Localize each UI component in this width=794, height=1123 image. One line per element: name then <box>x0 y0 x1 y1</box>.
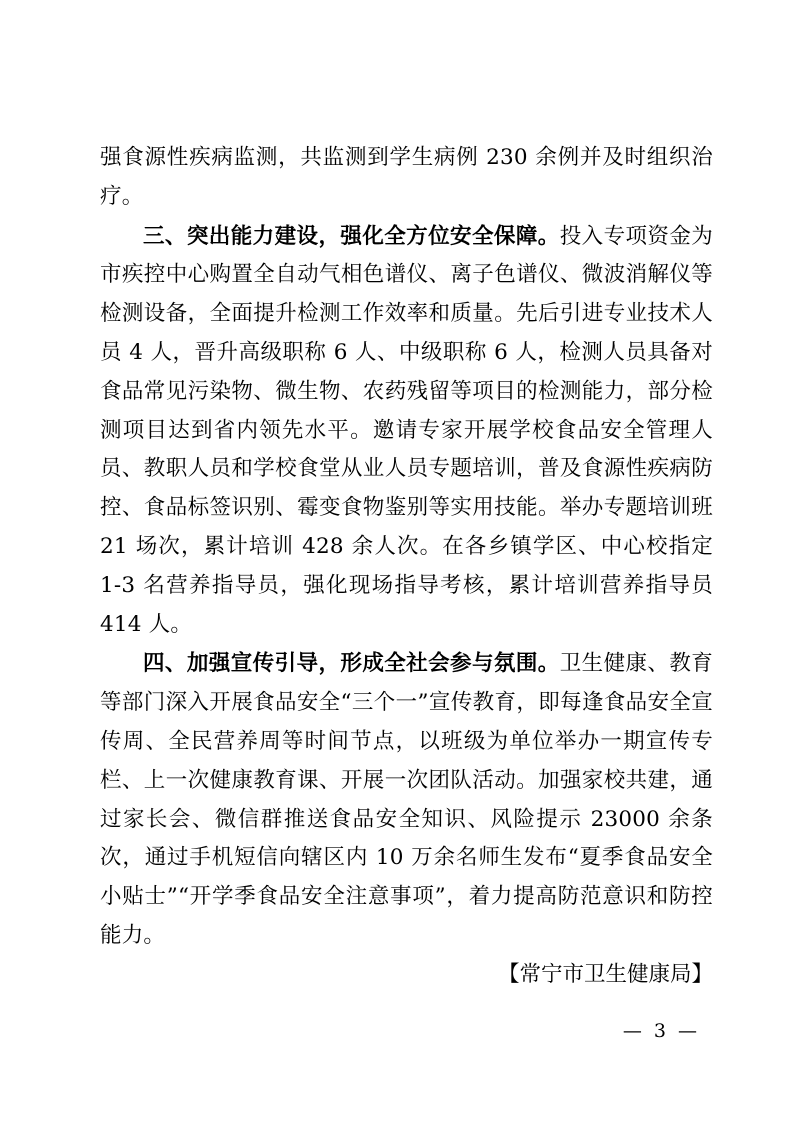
text-block: 强食源性疾病监测，共监测到学生病例 230 余例并及时组织治疗。三、突出能力建设… <box>100 139 713 995</box>
paragraph: 三、突出能力建设，强化全方位安全保障。投入专项资金为市疾控中心购置全自动气相色谱… <box>100 217 713 645</box>
attribution-line: 【常宁市卫生健康局】 <box>100 956 713 995</box>
document-page: 强食源性疾病监测，共监测到学生病例 230 余例并及时组织治疗。三、突出能力建设… <box>0 0 794 1123</box>
paragraph: 强食源性疾病监测，共监测到学生病例 230 余例并及时组织治疗。 <box>100 139 713 217</box>
text-segment: 强食源性疾病监测，共监测到学生病例 230 余例并及时组织治疗。 <box>100 145 713 209</box>
text-segment: 投入专项资金为市疾控中心购置全自动气相色谱仪、离子色谱仪、微波消解仪等检测设备，… <box>100 224 713 637</box>
section-heading: 四、加强宣传引导，形成全社会参与氛围。 <box>143 651 560 675</box>
paragraphs-container: 强食源性疾病监测，共监测到学生病例 230 余例并及时组织治疗。三、突出能力建设… <box>100 139 713 956</box>
section-heading: 三、突出能力建设，强化全方位安全保障。 <box>143 224 560 248</box>
text-segment: 卫生健康、教育等部门深入开展食品安全“三个一”宣传教育，即每逢食品安全宣传周、全… <box>100 651 713 948</box>
paragraph: 四、加强宣传引导，形成全社会参与氛围。卫生健康、教育等部门深入开展食品安全“三个… <box>100 644 713 955</box>
page-number: — 3 — <box>623 1019 700 1043</box>
